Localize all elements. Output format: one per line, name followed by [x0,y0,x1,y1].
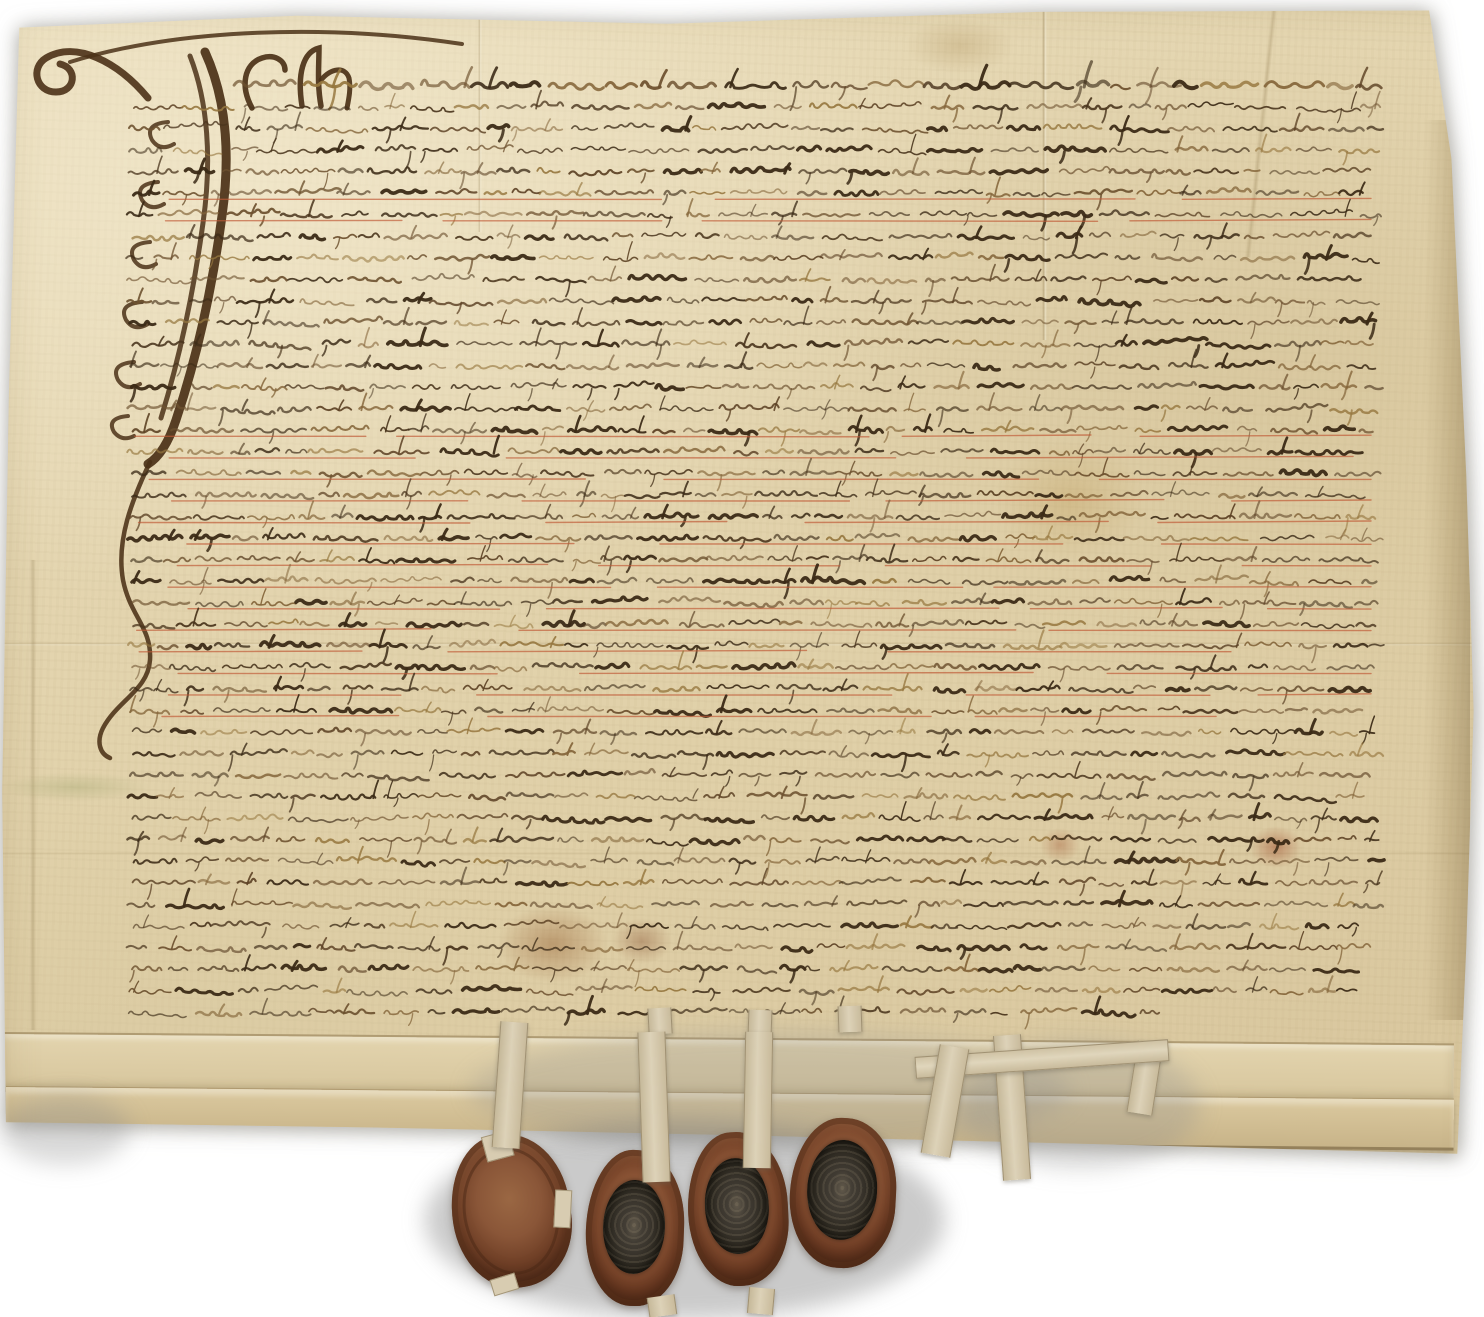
stain [995,440,1145,560]
charter [0,0,1484,1317]
fold-crease [1245,8,1277,257]
stain [1040,828,1080,862]
stain [498,905,608,983]
damp-stain [0,772,150,802]
fold-crease [0,642,1484,646]
stain [1250,826,1302,868]
fold-crease [0,852,1484,855]
edge-shading [1424,120,1470,1020]
wax-seal-2 [583,1148,686,1307]
seal-tag-4-stub [838,1006,863,1033]
stain [905,18,1015,74]
fold-crease [478,12,482,232]
stain [612,918,672,964]
wax-seal-3 [684,1129,792,1288]
parchment-sheet [0,0,1484,1317]
wax-seal-4 [786,1115,900,1270]
fold-crease [1042,10,1047,340]
seal-tag-2-stub [647,1007,672,1034]
fold-crease [30,560,36,1030]
scan-background [0,0,1484,1317]
wax-seal-1 [441,1126,582,1297]
seal-tag-2-tip [647,1294,678,1317]
seal-tag-over-wax [553,1189,572,1228]
seal-tag-2 [637,1032,670,1183]
seal-tag-3-tip [747,1287,775,1315]
seal-tag-3 [743,1032,773,1168]
